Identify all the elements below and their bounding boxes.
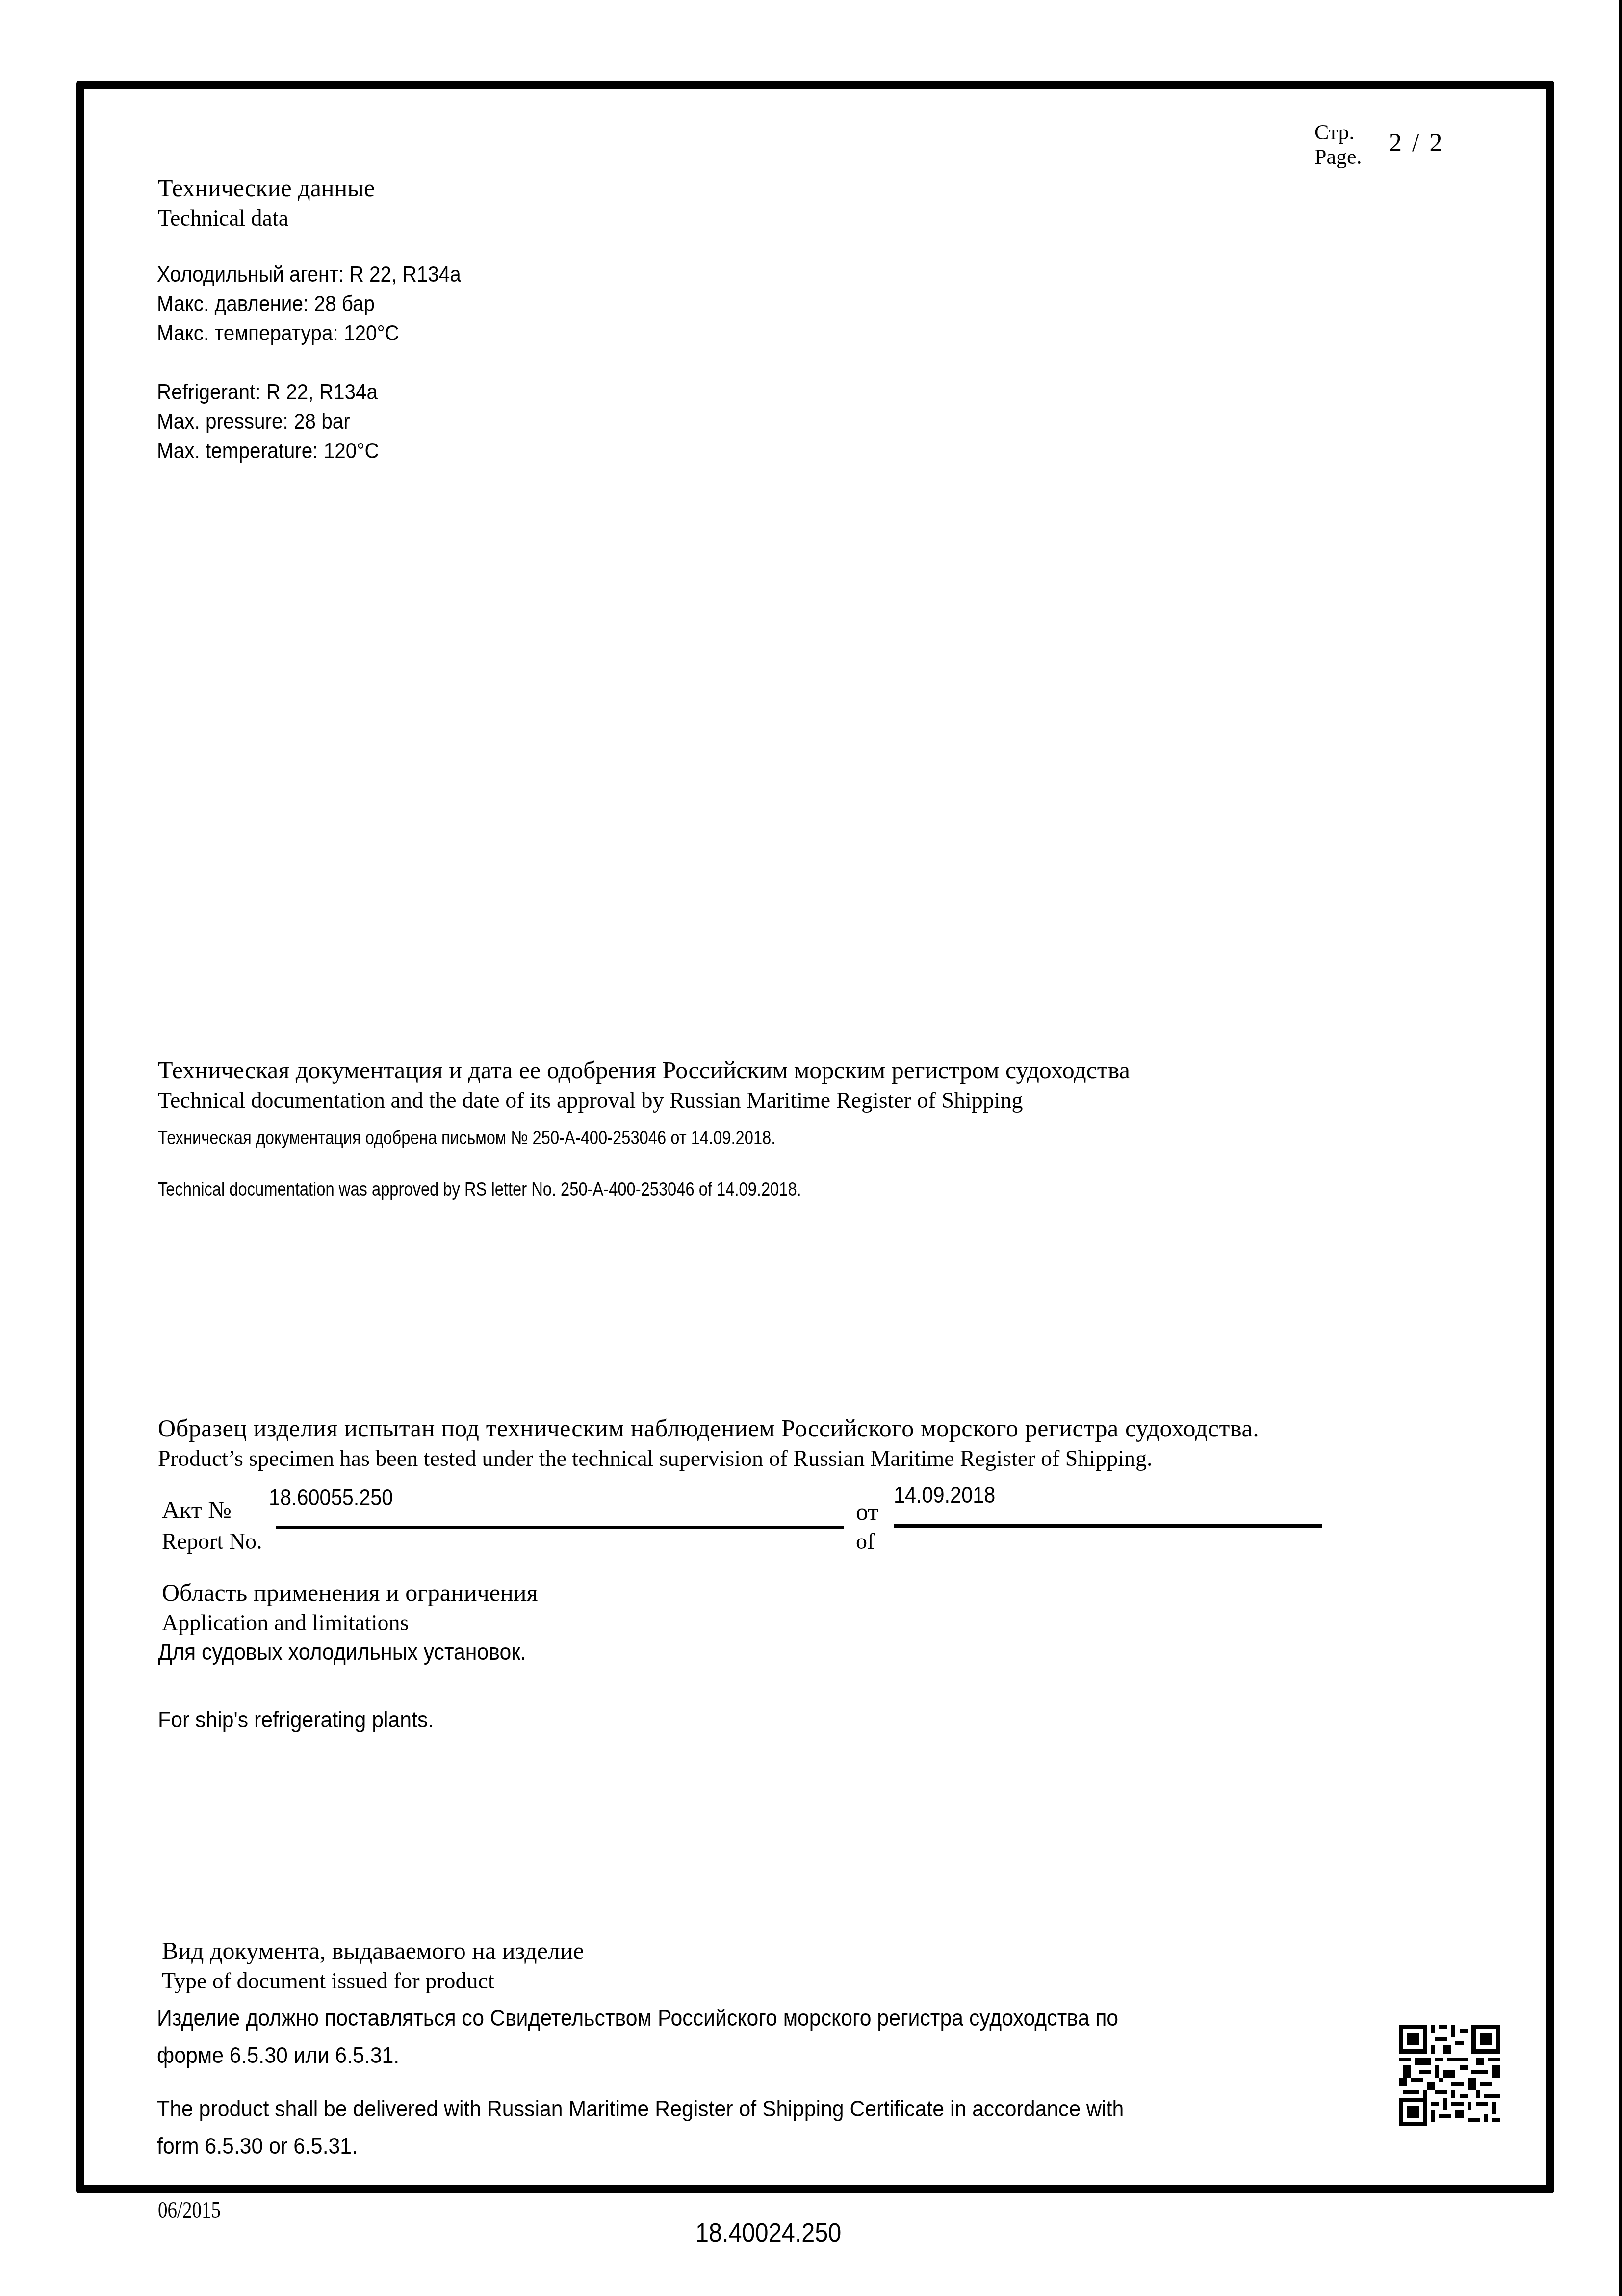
documentation-heading: Техническая документация и дата ее одобр… — [158, 1055, 1130, 1116]
specimen-heading: Образец изделия испытан под техническим … — [158, 1413, 1259, 1474]
document-type-heading-en: Type of document issued for product — [162, 1966, 584, 1996]
refrigerant-en: Refrigerant: R 22, R134a — [157, 378, 379, 407]
technical-data-heading-ru: Технические данные — [158, 173, 375, 203]
application-heading-en: Application and limitations — [162, 1608, 538, 1638]
document-type-text-en-line-1: The product shall be delivered with Russ… — [157, 2090, 1124, 2127]
report-label-ru: Акт № — [162, 1495, 232, 1524]
application-heading: Область применения и ограничения Applica… — [162, 1577, 538, 1638]
report-date: 14.09.2018 — [894, 1482, 995, 1508]
application-heading-ru: Область применения и ограничения — [162, 1577, 538, 1608]
page-label: Стр. Page. — [1314, 120, 1362, 169]
documentation-approval-en: Technical documentation was approved by … — [158, 1175, 801, 1204]
date-label-en: of — [856, 1528, 875, 1554]
document-type-heading-ru: Вид документа, выдаваемого на изделие — [162, 1935, 584, 1966]
scan-edge-line — [1619, 0, 1622, 2296]
specimen-heading-ru: Образец изделия испытан под техническим … — [158, 1413, 1259, 1443]
qr-code-icon — [1399, 2025, 1500, 2126]
documentation-heading-ru: Техническая документация и дата ее одобр… — [158, 1055, 1130, 1085]
report-number: 18.60055.250 — [269, 1484, 393, 1511]
refrigerant-ru: Холодильный агент: R 22, R134a — [157, 260, 461, 289]
date-label-ru: от — [856, 1497, 878, 1526]
report-date-underline — [894, 1524, 1322, 1528]
technical-data-heading-en: Technical data — [158, 203, 375, 234]
report-label-en: Report No. — [162, 1528, 262, 1554]
documentation-approval-ru: Техническая документация одобрена письмо… — [158, 1123, 775, 1153]
document-number: 18.40024.250 — [695, 2218, 841, 2248]
page-label-en: Page. — [1314, 145, 1362, 169]
report-number-underline — [276, 1526, 844, 1529]
form-edition-date: 06/2015 — [158, 2197, 221, 2223]
application-text-en: For ship's refrigerating plants. — [158, 1705, 434, 1734]
specimen-heading-en: Product’s specimen has been tested under… — [158, 1443, 1259, 1474]
document-type-text-ru-line-1: Изделие должно поставляться со Свидетель… — [157, 1999, 1118, 2036]
document-type-text-ru: Изделие должно поставляться со Свидетель… — [157, 1999, 1118, 2074]
application-text-ru: Для судовых холодильных установок. — [158, 1637, 526, 1667]
technical-data-ru: Холодильный агент: R 22, R134a Макс. дав… — [157, 260, 461, 348]
technical-data-heading: Технические данные Technical data — [158, 173, 375, 234]
page-label-ru: Стр. — [1314, 120, 1362, 145]
max-pressure-en: Max. pressure: 28 bar — [157, 407, 379, 437]
max-temperature-ru: Макс. температура: 120°C — [157, 319, 461, 348]
technical-data-en: Refrigerant: R 22, R134a Max. pressure: … — [157, 378, 379, 466]
document-type-text-en-line-2: form 6.5.30 or 6.5.31. — [157, 2127, 1124, 2165]
document-type-text-ru-line-2: форме 6.5.30 или 6.5.31. — [157, 2036, 1118, 2074]
max-temperature-en: Max. temperature: 120°C — [157, 437, 379, 466]
max-pressure-ru: Макс. давление: 28 бар — [157, 289, 461, 319]
document-type-heading: Вид документа, выдаваемого на изделие Ty… — [162, 1935, 584, 1996]
document-type-text-en: The product shall be delivered with Russ… — [157, 2090, 1124, 2165]
page-number: 2 / 2 — [1389, 129, 1444, 157]
documentation-heading-en: Technical documentation and the date of … — [158, 1085, 1130, 1116]
